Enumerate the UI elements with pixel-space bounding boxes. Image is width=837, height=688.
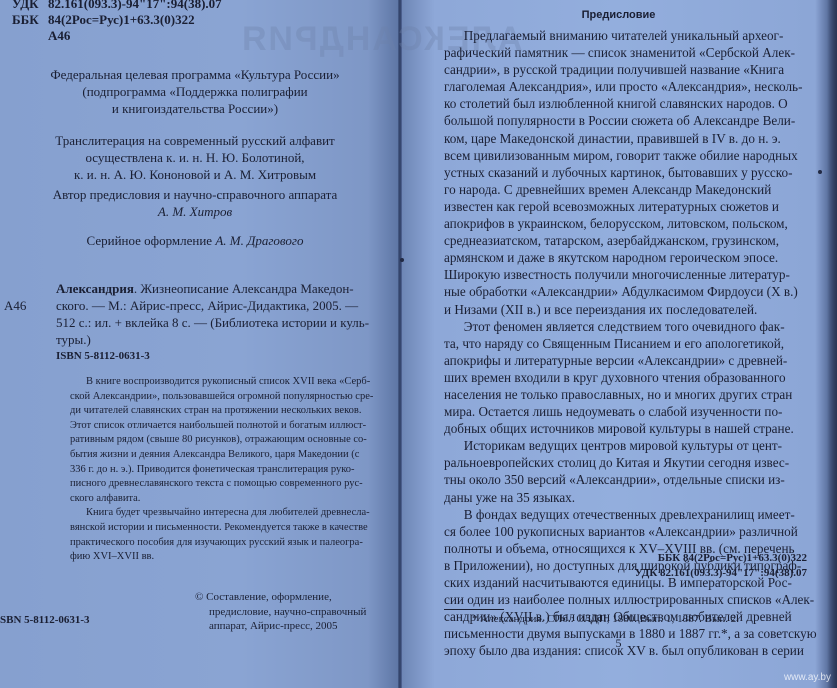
annotation-line: бытия жизни и деяния Александра Великого…: [70, 448, 375, 463]
series-design-note: Серийное оформление А. М. Драгового: [0, 232, 390, 249]
text-line: ко столетий был излюбленной книгой славя…: [444, 95, 817, 112]
text-line: устных сказаний и лубочных картинок, быт…: [444, 164, 817, 181]
paragraph: Предлагаемый вниманию читателей уникальн…: [444, 27, 817, 318]
biblio-title: Александрия: [56, 281, 134, 296]
annotation-line: ративным рядом (свыше 80 рисунков), отра…: [70, 433, 375, 448]
text-line: Этот феномен является следствием того оч…: [444, 318, 817, 335]
preface-body: Предлагаемый вниманию читателей уникальн…: [444, 27, 817, 659]
author-note: Автор предисловия и научно-справочного а…: [0, 186, 390, 220]
text-line: та, что наряду со Священным Писанием и е…: [444, 335, 817, 352]
text-line: . Жизнеописание Александра Македон-: [134, 281, 354, 296]
text-line: туры.): [56, 331, 369, 348]
annotation-line: ской Александрии», пользовавшейся огромн…: [70, 390, 375, 405]
text-line: даны уже на 35 языках.: [444, 489, 817, 506]
paragraph: Историкам ведущих центров мировой культу…: [444, 437, 817, 505]
text-line: полноты и объема, относящихся к XV–XVIII…: [444, 540, 817, 557]
isbn-bottom: SBN 5-8112-0631-3: [0, 614, 90, 626]
book-spread: АЛЕКСАНДРИЯ УДК82.161(093.3)-94"17":94(3…: [0, 0, 837, 688]
text-line: и Низами (XII в.) и все переиздания их п…: [444, 301, 817, 318]
text-line: ского. — М.: Айрис-пресс, Айрис-Дидактик…: [56, 297, 369, 314]
text-line: ральноевропейских столиц до Китая и Якут…: [444, 454, 817, 471]
annotation-line: фию XVI–XVII вв.: [70, 550, 375, 565]
text-line: добных общих источников мировой культуры…: [444, 420, 817, 437]
udk-label: УДК: [12, 0, 48, 12]
series-label: Серийное оформление: [87, 233, 213, 248]
text-line: населения не только православных, но и м…: [444, 386, 817, 403]
text-line: сандрии», в русской традиции получившей …: [444, 61, 817, 78]
footnote-rule: [444, 609, 504, 610]
text-line: армянском и даже в якутском народном гер…: [444, 249, 817, 266]
series-name: А. М. Драгового: [215, 233, 303, 248]
annotation-line: Книга будет чрезвычайно интересна для лю…: [70, 506, 375, 521]
text-line: Транслитерация на современный русский ал…: [0, 132, 390, 149]
text-line: сии один из наиболее полных иллюстрирова…: [444, 591, 817, 608]
footnote: * Александрия. СПб.: ОЛДП, 1880. Вып. 1;…: [472, 613, 739, 625]
author-name: А. М. Хитров: [0, 203, 390, 220]
annotation-line: 336 г. до н. э.). Приводится фонетическа…: [70, 463, 375, 478]
text-line: ком, царе Македонской династии, правивше…: [444, 130, 817, 147]
bbk-label: ББК: [12, 12, 48, 28]
text-line: ших времен входили в круг духовного чтен…: [444, 369, 817, 386]
text-line: осуществлена к. и. н. Н. Ю. Болотиной,: [0, 149, 390, 166]
text-line: В фондах ведущих отечественных древлехра…: [444, 506, 817, 523]
annotation-line: практического пособия для изучающих русс…: [70, 536, 375, 551]
annotation-line: вянской истории и письменности. Рекоменд…: [70, 521, 375, 536]
text-line: Федеральная целевая программа «Культура …: [0, 66, 390, 83]
text-line: (подпрограмма «Поддержка полиграфии: [0, 83, 390, 100]
bibliographic-record: Александрия. Жизнеописание Александра Ма…: [56, 280, 369, 348]
copyright-notice: © Составление, оформление, предисловие, …: [195, 590, 366, 634]
watermark: www.ay.by: [784, 672, 831, 683]
classification-codes: УДК82.161(093.3)-94"17":94(38).07 ББК84(…: [12, 0, 222, 44]
text-line: предисловие, научно-справочный: [195, 605, 366, 620]
text-line: ные обработки «Александрии» Абдулкасимом…: [444, 283, 817, 300]
author-mark: А46: [48, 28, 70, 43]
text-line: всем цивилизованным миром, говорит также…: [444, 147, 817, 164]
transliteration-note: Транслитерация на современный русский ал…: [0, 132, 390, 183]
text-line: апокрифы и литературные версии «Александ…: [444, 352, 817, 369]
text-line: известен как герой всевозможных литерату…: [444, 198, 817, 215]
author-line: Автор предисловия и научно-справочного а…: [0, 186, 390, 203]
annotation: В книге воспроизводится рукописный списо…: [70, 375, 375, 565]
text-line: рафический памятник — список знаменитой …: [444, 44, 817, 61]
text-line: в Приложении), но доступных для широкой …: [444, 557, 817, 574]
text-line: 512 с.: ил. + вклейка 8 с. — (Библиотека…: [56, 314, 369, 331]
text-line: к. и. н. А. Ю. Кононовой и А. М. Хитровы…: [0, 166, 390, 183]
text-line: аппарат, Айрис-пресс, 2005: [195, 619, 366, 634]
text-line: тны около 350 версий «Александрии», отде…: [444, 471, 817, 488]
text-line: Широкую известность получили многочислен…: [444, 266, 817, 283]
text-line: Предлагаемый вниманию читателей уникальн…: [444, 27, 817, 44]
text-line: среднеазиатском, татарском, азербайджанс…: [444, 232, 817, 249]
text-line: и книгоиздательства России»): [0, 100, 390, 117]
text-line: го народа. С древнейших времен Александр…: [444, 181, 817, 198]
text-line: большой популярности в России сюжета об …: [444, 112, 817, 129]
paragraph: Этот феномен является следствием того оч…: [444, 318, 817, 438]
text-line: мира. Остается лишь недоумевать о слабой…: [444, 403, 817, 420]
biblio-author-mark: А46: [4, 298, 26, 314]
annotation-line: ди читателей славянских стран на протяже…: [70, 404, 375, 419]
page-heading: Предисловие: [400, 9, 837, 21]
program-note: Федеральная целевая программа «Культура …: [0, 66, 390, 117]
udk-value: 82.161(093.3)-94"17":94(38).07: [48, 0, 222, 11]
text-line: Историкам ведущих центров мировой культу…: [444, 437, 817, 454]
book-gutter: [398, 0, 402, 688]
text-line: ских изданий насчитываются единицы. В им…: [444, 574, 817, 591]
page-number: 5: [400, 636, 837, 651]
margin-dot: [818, 170, 822, 174]
isbn: ISBN 5-8112-0631-3: [56, 350, 150, 362]
page-edge-shadow: [827, 0, 837, 688]
text-line: апокрифов в украинском, белорусском, лит…: [444, 215, 817, 232]
text-line: © Составление, оформление,: [195, 590, 366, 605]
bbk-value: 84(2Рос=Рус)1+63.3(0)322: [48, 12, 195, 27]
annotation-line: писного древнеславянского текста с помощ…: [70, 477, 375, 492]
text-line: глаголемая Александрия», или просто «Але…: [444, 78, 817, 95]
annotation-line: Этот список отличается наибольшей полнот…: [70, 419, 375, 434]
margin-dot: [400, 258, 404, 262]
annotation-line: В книге воспроизводится рукописный списо…: [70, 375, 375, 390]
text-line: ся более 100 рукописных вариантов «Алекс…: [444, 523, 817, 540]
annotation-line: ского алфавита.: [70, 492, 375, 507]
